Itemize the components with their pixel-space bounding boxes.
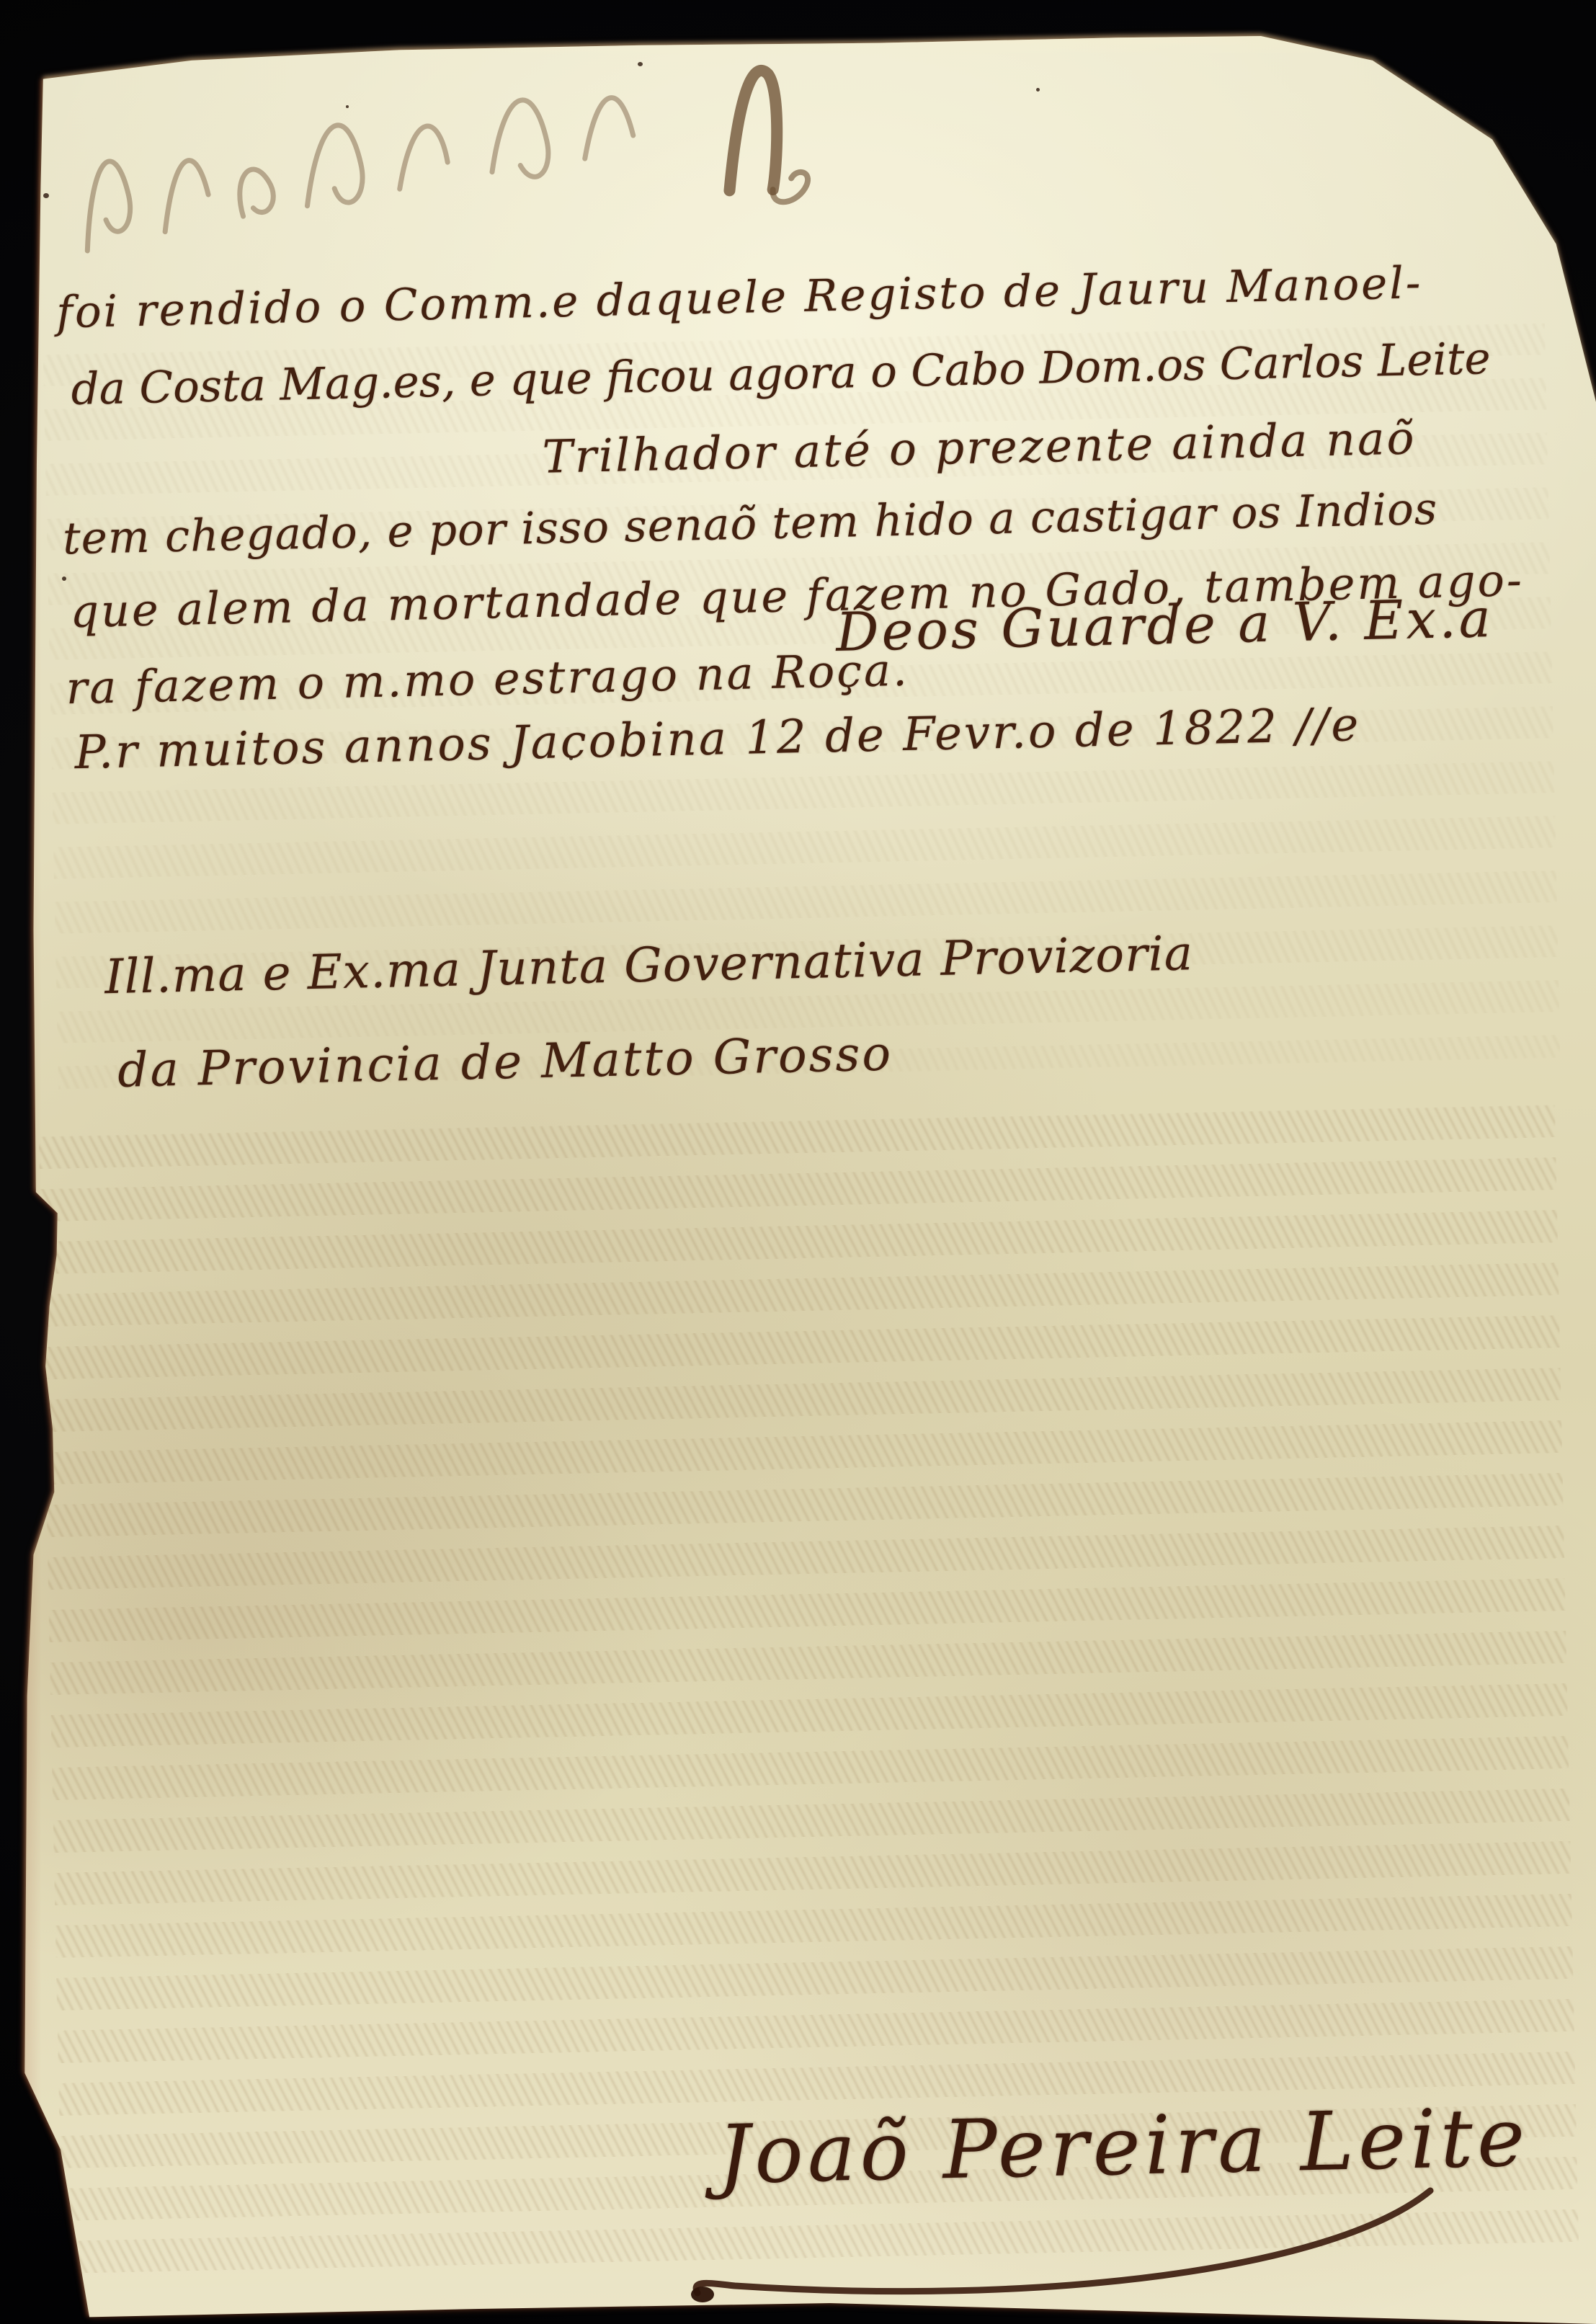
manuscript-line: foi rendido o Comm.e daquele Registo de … xyxy=(56,257,1424,338)
dateline-jacobina-1822: P.r muitos annos Jacobina 12 de Fevr.o d… xyxy=(74,698,1361,780)
address-line-provincia-matto-grosso: da Provincia de Matto Grosso xyxy=(117,1025,893,1098)
manuscript-page: foi rendido o Comm.e daquele Registo de … xyxy=(0,0,1596,2324)
manuscript-line: da Costa Mag.es, e que ficou agora o Cab… xyxy=(71,333,1491,415)
photo-background: foi rendido o Comm.e daquele Registo de … xyxy=(0,0,1596,2324)
manuscript-line: tem chegado, e por isso senaõ tem hido a… xyxy=(62,484,1437,565)
manuscript-line: Trilhador até o prezente ainda naõ xyxy=(542,411,1417,483)
manuscript-line: ra fazem o m.mo estrago na Roça. xyxy=(66,644,910,715)
signature-joao-pereira-leite: Joaõ Pereira Leite xyxy=(717,2091,1530,2203)
letter-text-layer: foi rendido o Comm.e daquele Registo de … xyxy=(0,0,1596,2324)
paper-shadow-wrap: foi rendido o Comm.e daquele Registo de … xyxy=(0,0,1596,2324)
address-line-junta-governativa: Ill.ma e Ex.ma Junta Governativa Provizo… xyxy=(104,925,1194,1005)
